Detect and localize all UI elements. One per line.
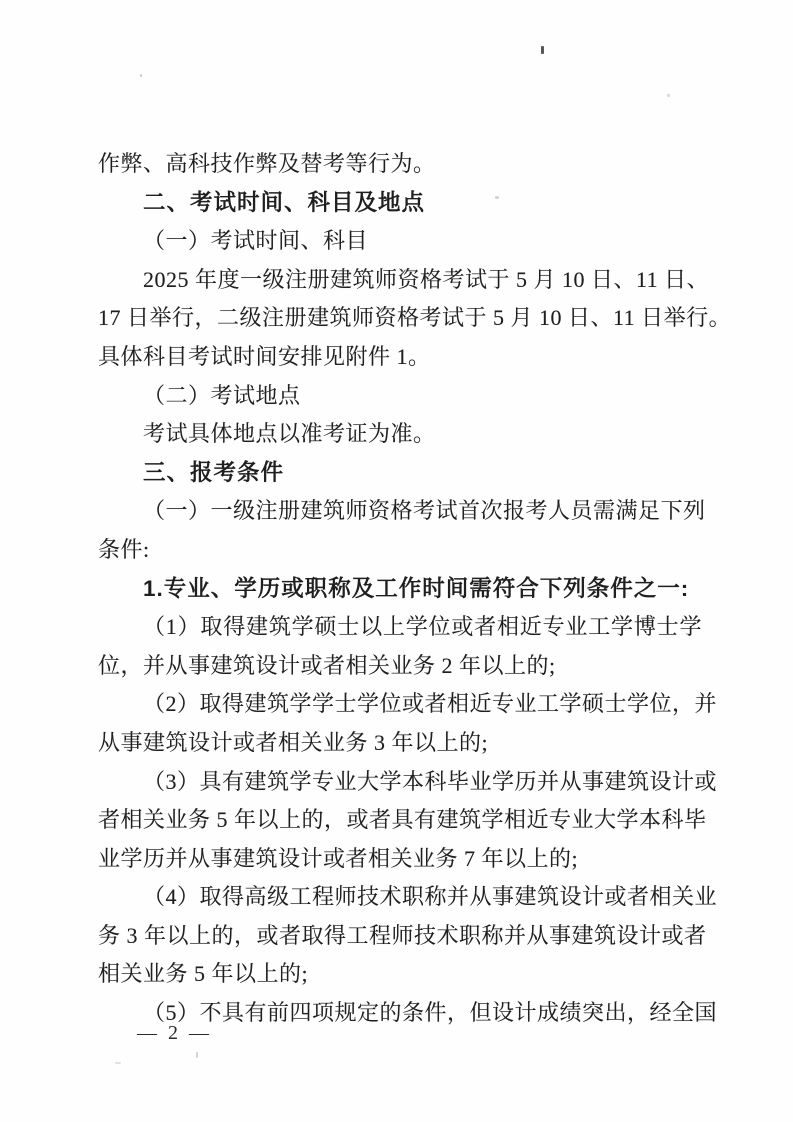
scan-artifact (140, 74, 142, 77)
doc-line: 条件: (98, 531, 702, 570)
doc-line: （2）取得建筑学学士学位或者相近专业工学硕士学位，并 (98, 685, 702, 724)
doc-line: 作弊、高科技作弊及替考等行为。 (98, 145, 702, 184)
doc-line: 从事建筑设计或者相关业务 3 年以上的; (98, 724, 702, 763)
clause-1-heading: 1.专业、学历或职称及工作时间需符合下列条件之一: (98, 570, 702, 609)
doc-line: （3）具有建筑学专业大学本科毕业学历并从事建筑设计或 (98, 763, 702, 802)
doc-line: 务 3 年以上的，或者取得工程师技术职称并从事建筑设计或者 (98, 917, 702, 956)
heading-section-3: 三、报考条件 (98, 454, 702, 493)
doc-line: 者相关业务 5 年以上的，或者具有建筑学相近专业大学本科毕 (98, 801, 702, 840)
doc-line: 具体科目考试时间安排见附件 1。 (98, 338, 702, 377)
scan-artifact (541, 46, 544, 54)
subheading-2-1: （一）考试时间、科目 (98, 222, 702, 261)
heading-section-2: 二、考试时间、科目及地点 (98, 184, 702, 223)
document-text-block: 作弊、高科技作弊及替考等行为。 二、考试时间、科目及地点 （一）考试时间、科目 … (98, 145, 702, 1033)
doc-line: （4）取得高级工程师技术职称并从事建筑设计或者相关业 (98, 878, 702, 917)
doc-line: 相关业务 5 年以上的; (98, 955, 702, 994)
scan-artifact (495, 196, 499, 199)
scan-artifact (115, 1062, 121, 1064)
doc-line: 考试具体地点以准考证为准。 (98, 415, 702, 454)
scan-artifact (196, 1052, 198, 1058)
subheading-3-1: （一）一级注册建筑师资格考试首次报考人员需满足下列 (98, 492, 702, 531)
page-number: — 2 — (137, 1022, 212, 1045)
doc-line: 业学历并从事建筑设计或者相关业务 7 年以上的; (98, 840, 702, 879)
scanned-document-page: 作弊、高科技作弊及替考等行为。 二、考试时间、科目及地点 （一）考试时间、科目 … (0, 0, 793, 1122)
subheading-2-2: （二）考试地点 (98, 377, 702, 416)
doc-line: （1）取得建筑学硕士以上学位或者相近专业工学博士学 (98, 608, 702, 647)
doc-line: 位，并从事建筑设计或者相关业务 2 年以上的; (98, 647, 702, 686)
scan-artifact (667, 94, 670, 97)
doc-line: 2025 年度一级注册建筑师资格考试于 5 月 10 日、11 日、 (98, 261, 702, 300)
doc-line: 17 日举行，二级注册建筑师资格考试于 5 月 10 日、11 日举行。 (98, 299, 702, 338)
